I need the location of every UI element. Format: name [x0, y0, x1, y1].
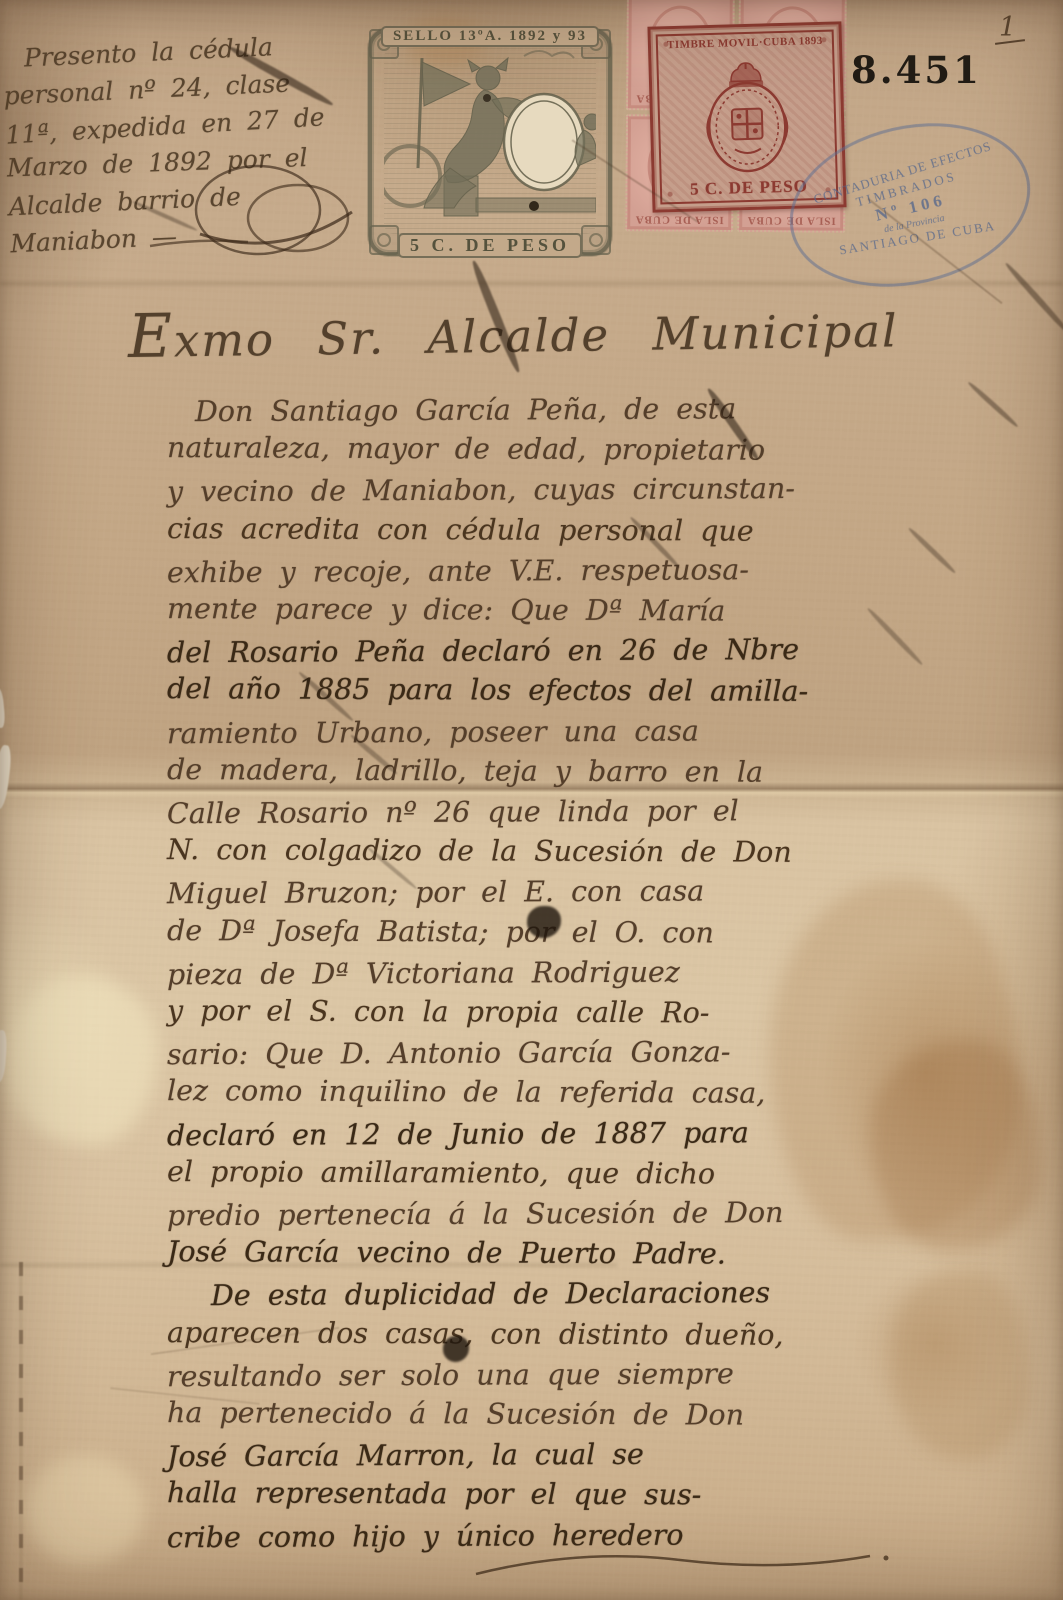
letter-salutation: Exmo Sr. Alcalde Municipal	[128, 290, 989, 372]
coat-of-arms	[680, 60, 813, 182]
letter-line: De esta duplicidad de Declaraciones	[167, 1272, 1045, 1317]
letter-line: declaró en 12 de Junio de 1887 para	[167, 1111, 1045, 1156]
paper-tear	[0, 688, 6, 729]
letter-line: Calle Rosario nº 26 que linda por el	[167, 790, 1045, 835]
letter-line: Miguel Bruzon; por el E. con casa	[167, 870, 1045, 915]
letter-line: José García Marron, la cual se	[167, 1433, 1045, 1478]
seal-frame: SELLO 13ºA. 1892 y 93	[368, 28, 612, 256]
letter-line: halla representada por el que sus-	[167, 1474, 1045, 1518]
letter-line: resultando ser solo una que siempre	[167, 1353, 1045, 1398]
letter-line: de madera, ladrillo, teja y barro en la	[167, 750, 1045, 794]
folio-number: 1	[999, 12, 1016, 43]
letter-body: Don Santiago García Peña, de esta natura…	[167, 390, 1045, 1556]
letter-line: ramiento Urbano, poseer una casa	[167, 709, 1045, 754]
mercury-allegory-engraving	[384, 48, 596, 220]
letter-line: del Rosario Peña declaró en 26 de Nbre	[167, 629, 1045, 674]
paper-stain-light	[8, 975, 158, 1145]
letter-line: mente parece y dice: Que Dª María	[167, 589, 1045, 633]
paper-tear	[0, 1030, 8, 1083]
letter-line: naturaleza, mayor de edad, propietario	[167, 428, 1045, 472]
letter-line: predio pertenecía á la Sucesión de Don	[167, 1192, 1045, 1237]
paper-crease-vertical	[19, 1262, 23, 1600]
stamp-header-text: TIMBRE MOVIL·CUBA 1893	[658, 35, 832, 52]
letter-line: pieza de Dª Victoriana Rodriguez	[167, 951, 1045, 996]
letter-line: de Dª Josefa Batista; por el O. con	[167, 911, 1045, 955]
engraved-revenue-seal: SELLO 13ºA. 1892 y 93	[362, 22, 618, 262]
letter-line: aparecen dos casas, con distinto dueño,	[167, 1313, 1045, 1357]
letter-line: José García vecino de Puerto Padre.	[167, 1232, 1045, 1276]
seal-vignette	[384, 48, 596, 234]
letter-line: y por el S. con la propia calle Ro-	[167, 991, 1045, 1035]
pale-stamp-country-label: ISLA DE CUBA	[627, 213, 731, 226]
letter-line: cias acredita con cédula personal que	[167, 509, 1045, 553]
letter-line: N. con colgadizo de la Sucesión de Don	[167, 830, 1045, 874]
rubric-flourish	[140, 142, 370, 272]
ink-smear	[1004, 261, 1063, 336]
letter-line: lez como inquilino de la referida casa,	[167, 1072, 1045, 1116]
letter-line: Don Santiago García Peña, de esta	[167, 388, 1045, 433]
closing-flourish	[470, 1544, 900, 1584]
letter-line: del año 1885 para los efectos del amilla…	[167, 670, 1045, 714]
letter-line: el propio amillaramiento, que dicho	[167, 1152, 1045, 1196]
letter-line: exhibe y recoje, ante V.E. respetuosa-	[167, 549, 1045, 594]
paper-tear	[0, 744, 13, 809]
letter-line: ha pertenecido á la Sucesión de Don	[167, 1393, 1045, 1437]
seal-denomination-text: 5 C. DE PESO	[398, 233, 582, 258]
paper-stain-light	[25, 1455, 145, 1565]
registry-number: 8.451	[851, 48, 982, 92]
scanned-manuscript-page: Presento la cédula personal nº 24, clase…	[0, 0, 1063, 1600]
letter-line: y vecino de Maniabon, cuyas circunstan-	[167, 468, 1045, 513]
letter-line: sario: Que D. Antonio García Gonza-	[167, 1031, 1045, 1076]
seal-header-text: SELLO 13ºA. 1892 y 93	[381, 26, 599, 47]
